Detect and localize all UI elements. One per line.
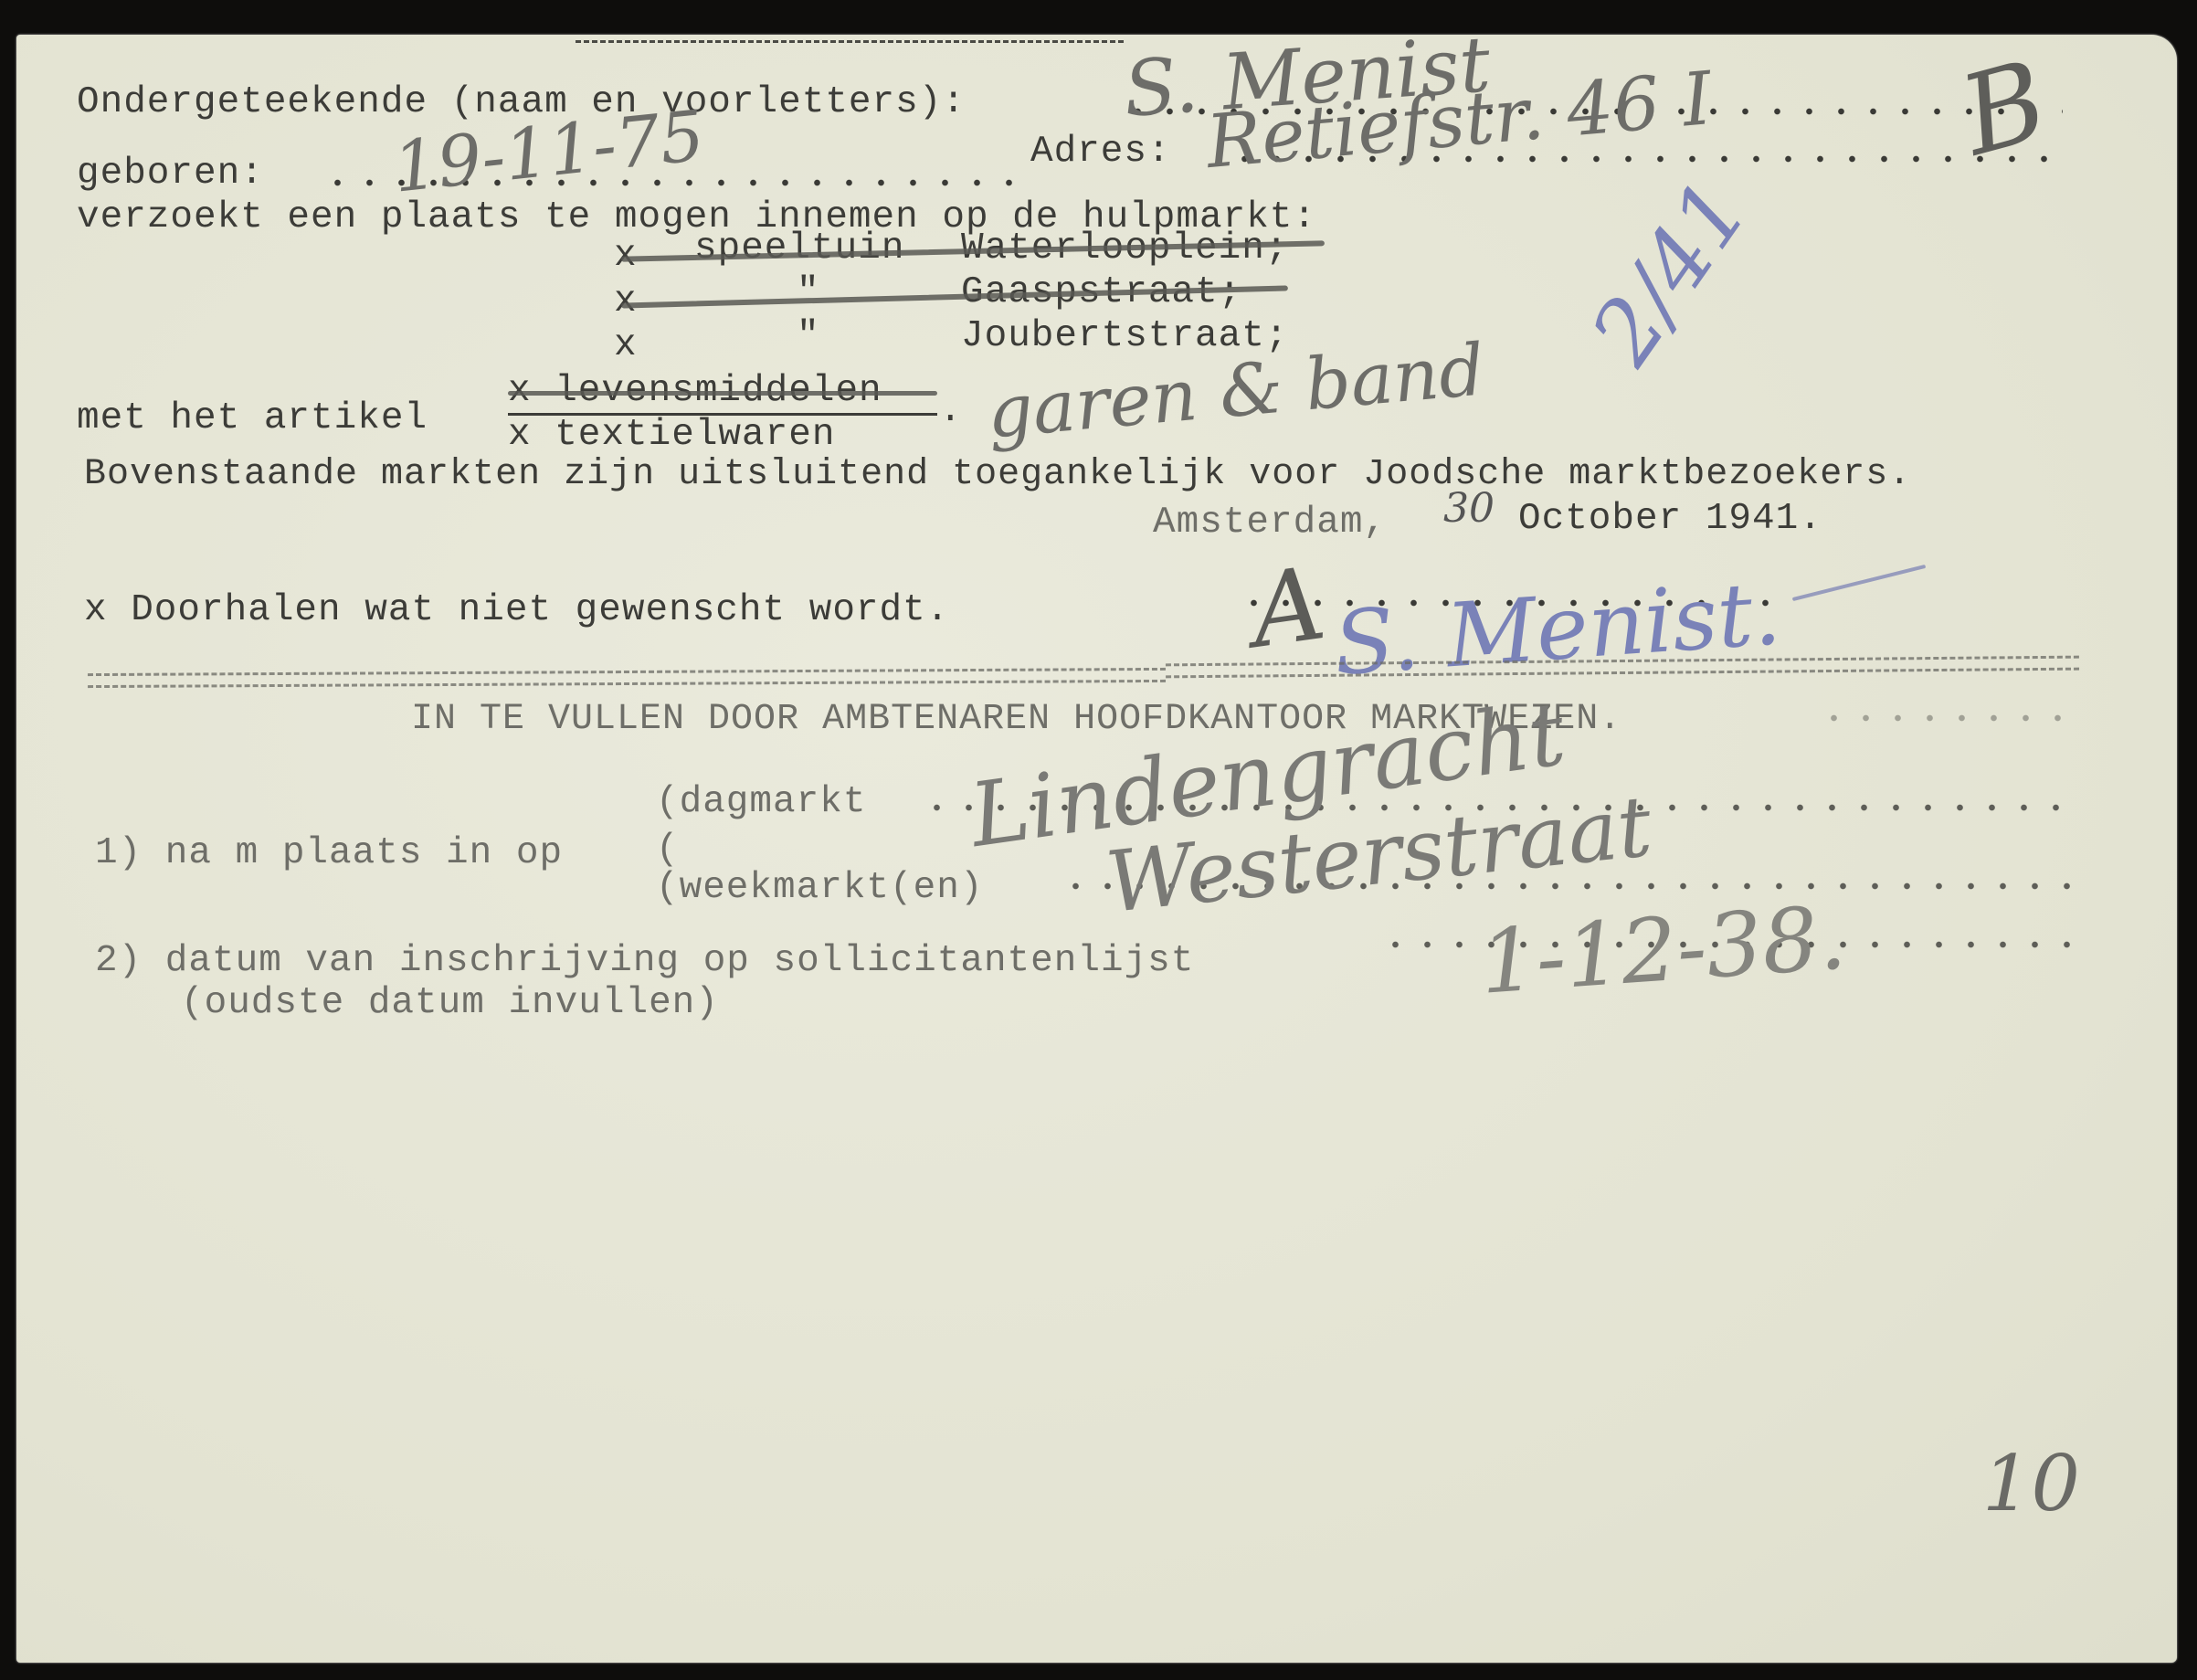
page-number-handwritten: 10	[1982, 1445, 2080, 1522]
place-city: Amsterdam,	[1153, 504, 1387, 542]
market-prefix-1: speeltuin	[694, 230, 904, 268]
weekmarkt-label: (weekmarkt(en)	[656, 870, 983, 907]
top-dashed-rule	[576, 40, 1124, 43]
heading-trailing-dots	[1818, 714, 2074, 722]
date-month-year: October 1941.	[1518, 501, 1822, 538]
address-label: Adres:	[1030, 133, 1171, 171]
footnote-text: x Doorhalen wat niet gewenscht wordt.	[84, 592, 949, 629]
signature-pencil-mark: A	[1245, 553, 1331, 662]
strikethrough-levensmiddelen	[508, 391, 937, 396]
market-marker-3: x	[614, 327, 638, 365]
date-day-handwritten: 30	[1443, 489, 1495, 529]
item2-label: 2) datum van inschrijving op sollicitant…	[95, 943, 1194, 980]
article-option-textielwaren: x textielwaren	[508, 417, 835, 454]
article-period: .	[939, 393, 963, 430]
notice-text: Bovenstaande markten zijn uitsluitend to…	[84, 457, 1911, 493]
dagmarkt-label: (dagmarkt	[656, 784, 866, 821]
item1-bracket: (	[656, 831, 680, 869]
market-prefix-3: "	[797, 318, 820, 355]
item2-sublabel: (oudste datum invullen)	[181, 985, 719, 1022]
article-label: met het artikel	[77, 400, 428, 438]
born-label: geboren:	[77, 155, 264, 193]
item2-value-handwritten: 1-12-38.	[1477, 893, 1849, 1007]
item1-label: 1) na m plaats in op	[95, 835, 563, 872]
market-prefix-2: "	[797, 274, 820, 312]
